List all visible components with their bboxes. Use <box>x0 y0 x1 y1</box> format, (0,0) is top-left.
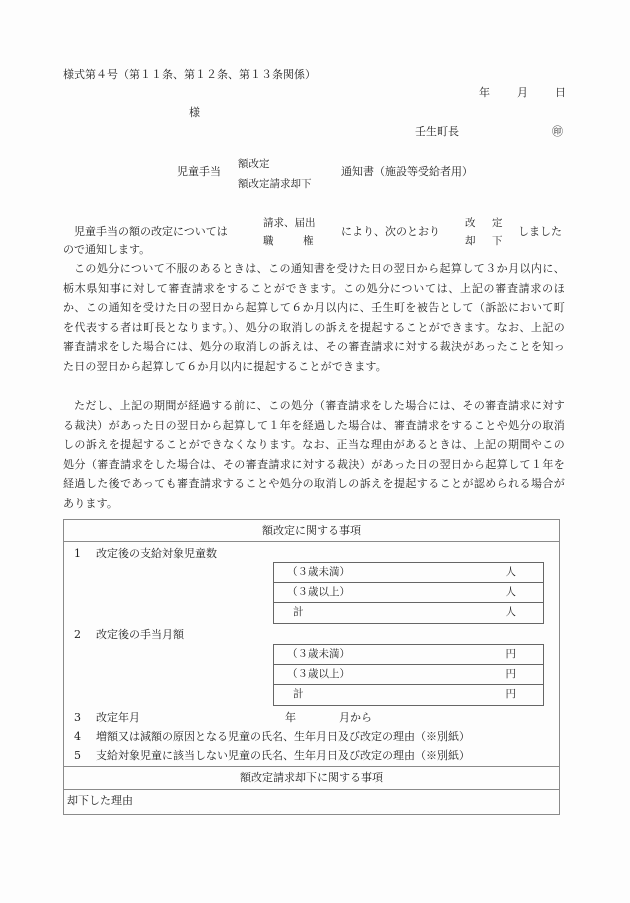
date-year-label: 年 <box>479 86 490 100</box>
intro-line2: ので通知します。 <box>63 243 150 257</box>
title-suffix: 通知書（施設等受給者用） <box>341 165 473 179</box>
choice-revise-left: 改 <box>465 216 476 230</box>
divider <box>64 541 559 542</box>
seal-mark: ㊞ <box>552 125 563 139</box>
choice-revise-right: 定 <box>492 216 503 230</box>
choice-ex-officio-left: 職 <box>263 234 274 248</box>
date-day-label: 日 <box>555 86 566 100</box>
choice-reject-left: 却 <box>465 234 476 248</box>
children-count-row-total: 計 人 <box>274 603 543 623</box>
section-header-rejection: 額改定請求却下に関する事項 <box>64 771 559 785</box>
item-1-children-count: 1改定後の支給対象児童数 <box>74 547 217 561</box>
intro-part3: しました <box>518 225 562 239</box>
item-2-monthly-amount: 2改定後の手当月額 <box>74 628 184 642</box>
title-option-revision: 額改定 <box>238 157 270 171</box>
monthly-amount-row-total: 計 円 <box>274 685 543 705</box>
form-number: 様式第４号（第１１条、第１２条、第１３条関係） <box>63 68 316 82</box>
section-header-revision: 額改定に関する事項 <box>64 524 559 538</box>
appeal-deadline-paragraph: ただし、上記の期間が経過する前に、この処分（審査請求をした場合には、その審査請求… <box>63 396 565 513</box>
monthly-amount-row-under3: （３歳未満） 円 <box>274 645 543 665</box>
details-table: 額改定に関する事項 1改定後の支給対象児童数 （３歳未満） 人 （３歳以上） 人… <box>63 519 560 815</box>
revision-year-label: 年 <box>285 711 296 725</box>
issuer-name: 壬生町長 <box>415 125 459 139</box>
rejection-reason-label: 却下した理由 <box>67 794 133 808</box>
title-option-rejection: 額改定請求却下 <box>238 177 312 191</box>
addressee-suffix: 様 <box>189 106 200 120</box>
divider <box>64 766 559 767</box>
revision-month-from-label: 月から <box>339 711 372 725</box>
divider <box>64 789 559 790</box>
item-3-revision-date: 3改定年月 <box>74 711 140 725</box>
choice-request-notification: 請求、届出 <box>263 216 316 230</box>
children-count-table: （３歳未満） 人 （３歳以上） 人 計 人 <box>273 562 544 624</box>
choice-reject-right: 下 <box>492 234 503 248</box>
choice-ex-officio-right: 権 <box>303 234 314 248</box>
title-prefix: 児童手当 <box>177 165 221 179</box>
intro-part1: 児童手当の額の改定については <box>74 225 228 239</box>
item-5-ineligible-children: 5支給対象児童に該当しない児童の氏名、生年月日及び改定の理由（※別紙） <box>74 749 470 763</box>
monthly-amount-table: （３歳未満） 円 （３歳以上） 円 計 円 <box>273 644 544 706</box>
children-count-row-under3: （３歳未満） 人 <box>274 563 543 583</box>
item-4-change-reason: 4増額又は減額の原因となる児童の氏名、生年月日及び改定の理由（※別紙） <box>74 730 470 744</box>
paragraph-appeal-deadline: ただし、上記の期間が経過する前に、この処分（審査請求をした場合には、その審査請求… <box>63 396 565 513</box>
monthly-amount-row-over3: （３歳以上） 円 <box>274 665 543 685</box>
date-month-label: 月 <box>517 86 528 100</box>
paragraph-appeal-rights: この処分について不服のあるときは、この通知書を受けた日の翌日から起算して３か月以… <box>63 259 565 376</box>
intro-part2: により、次のとおり <box>341 225 440 239</box>
appeal-notice-paragraph: この処分について不服のあるときは、この通知書を受けた日の翌日から起算して３か月以… <box>63 259 565 376</box>
children-count-row-over3: （３歳以上） 人 <box>274 583 543 603</box>
